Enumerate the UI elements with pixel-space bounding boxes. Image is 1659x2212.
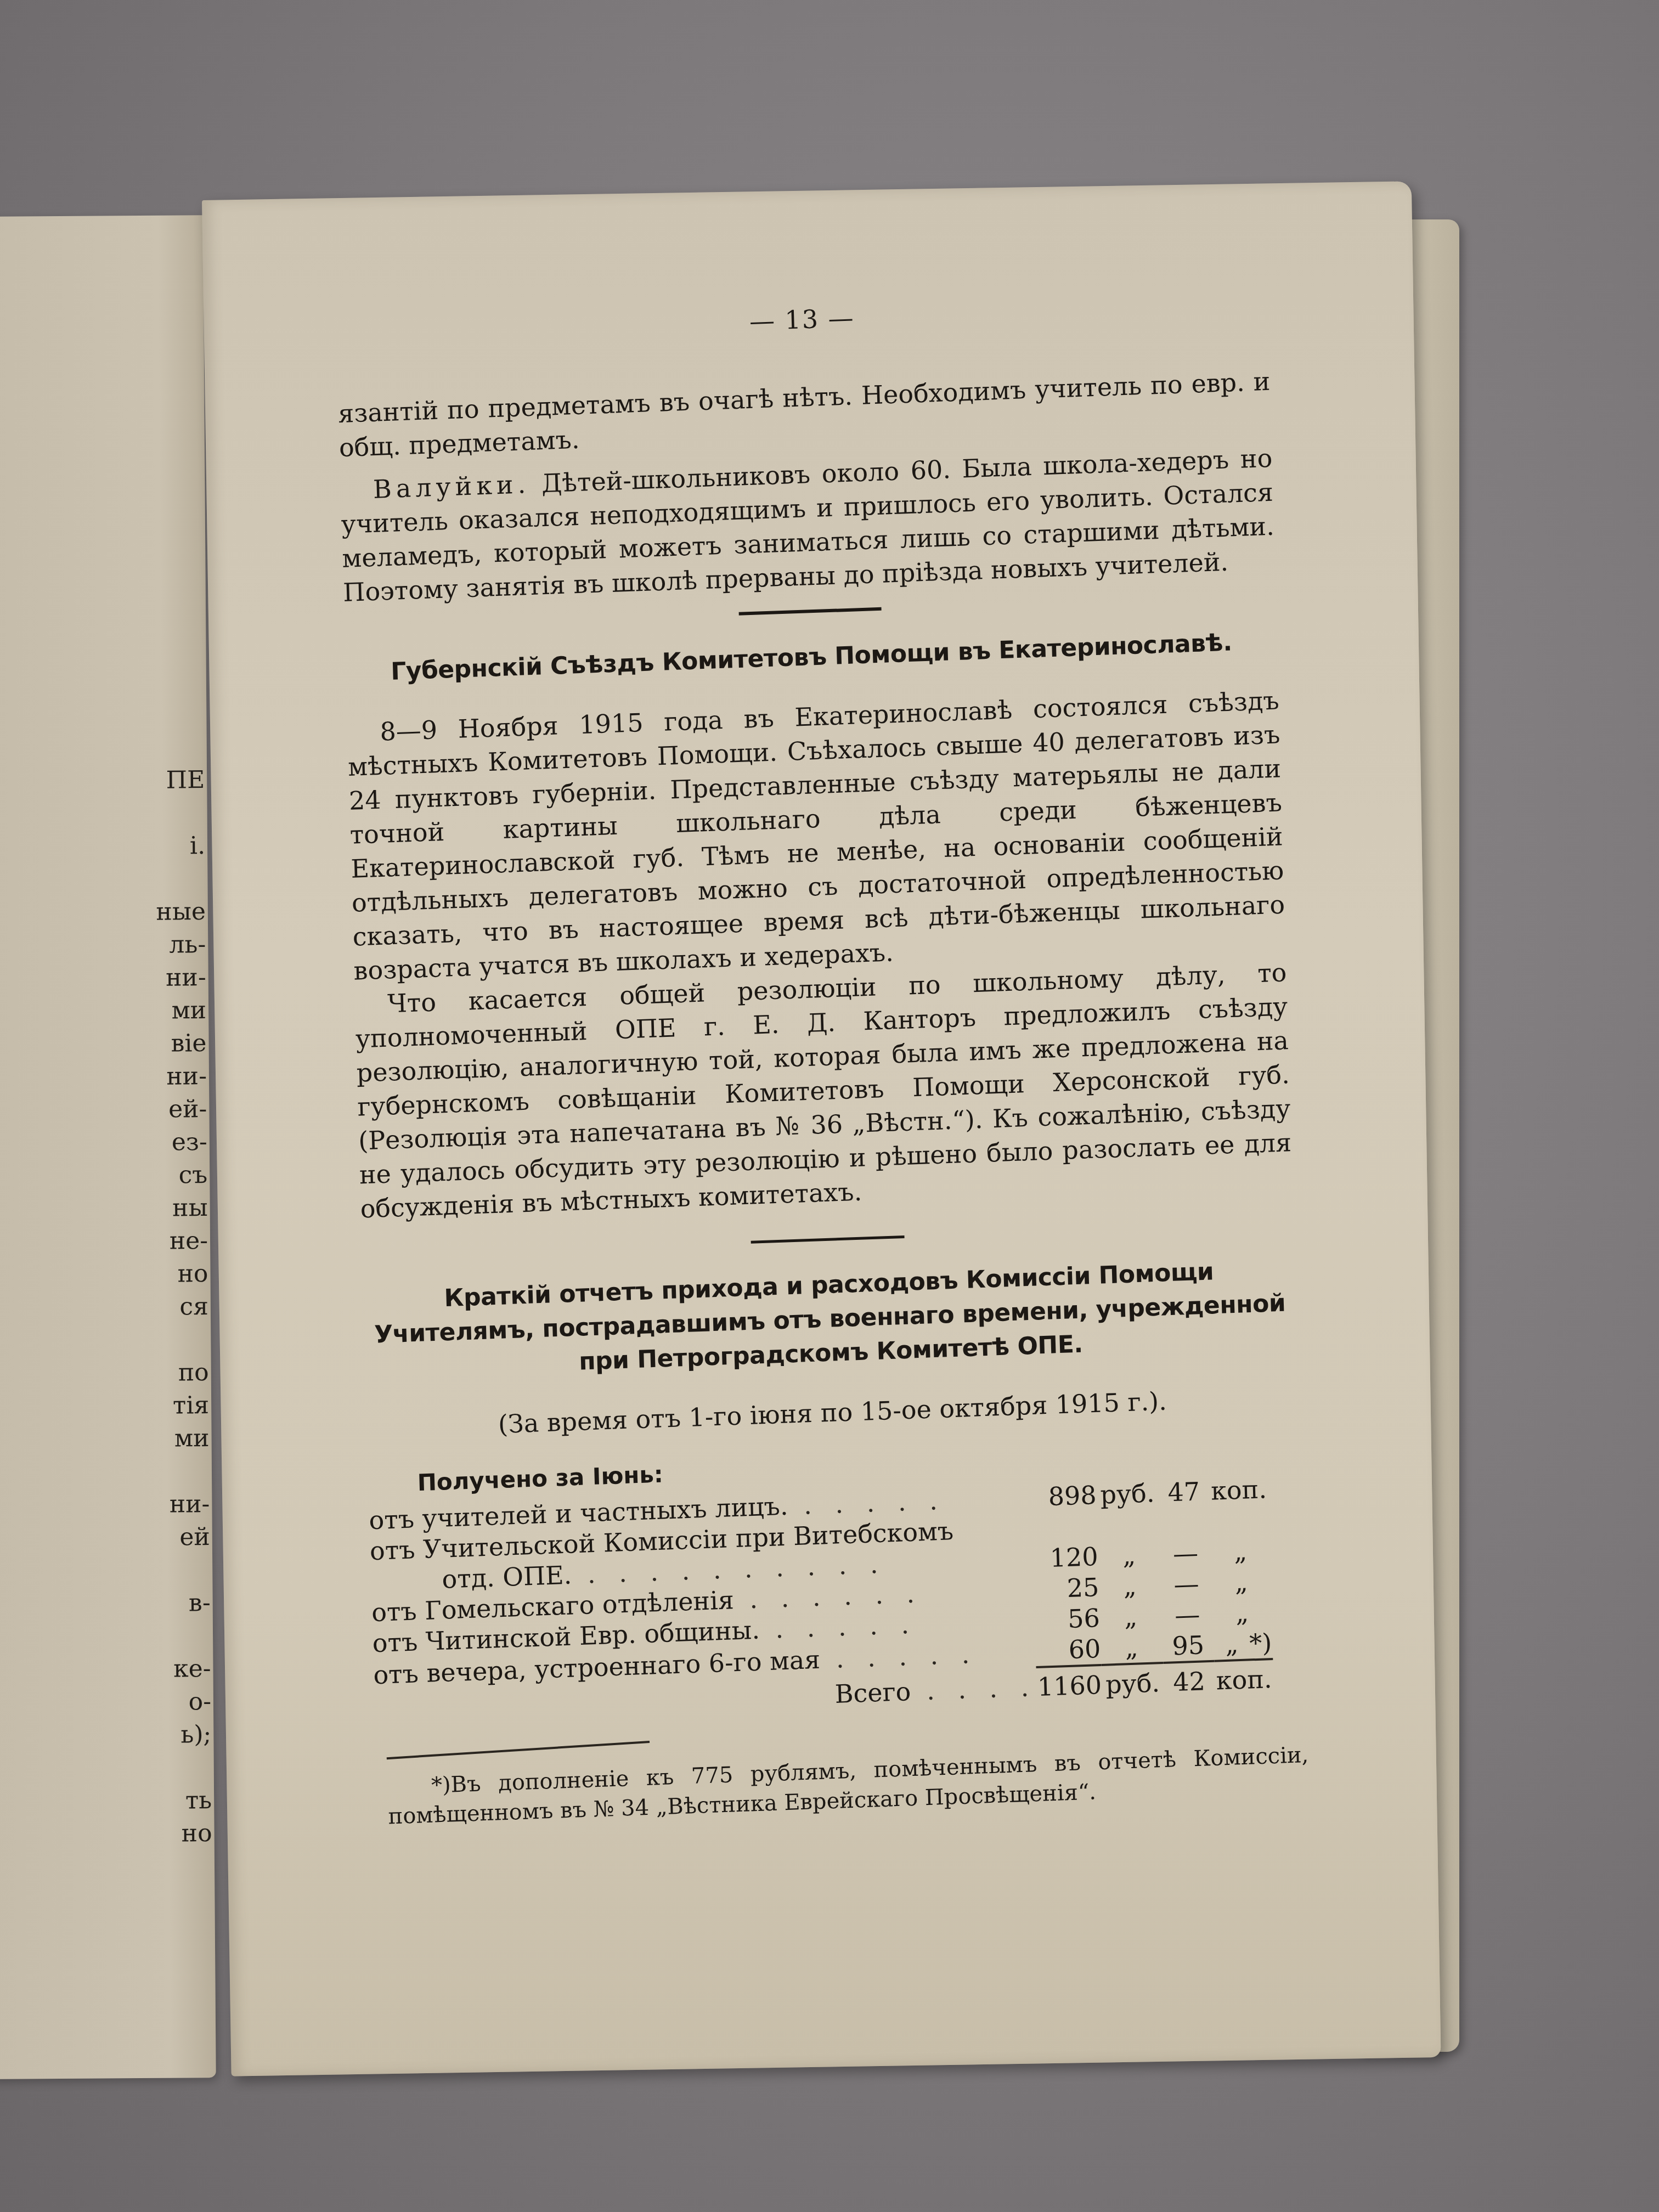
left-fragment-line: ны <box>158 1192 208 1225</box>
total-kopecks: 42 <box>1163 1666 1215 1698</box>
page-content: — 13 — язантій по предметамъ въ очагѣ нѣ… <box>335 286 1310 1832</box>
amount-rubles <box>1031 1510 1098 1543</box>
section-heading-report: Краткій отчетъ прихода и расходовъ Комис… <box>363 1252 1297 1386</box>
paragraph-congress-1: 8—9 Ноября 1915 года въ Екатеринославѣ с… <box>347 684 1286 988</box>
section-divider <box>751 1235 905 1244</box>
left-fragment-line <box>156 862 206 896</box>
report-period: (За время отъ 1-го іюня по 15-ое октября… <box>366 1379 1299 1446</box>
footnote-text: *)Въ дополненіе къ 775 рублямъ, помѣченн… <box>387 1740 1310 1832</box>
amount-kopecks <box>1159 1506 1211 1539</box>
section-divider <box>739 607 882 616</box>
unit-rubles: „ <box>1101 1631 1164 1665</box>
left-fragment-line: тія <box>160 1389 210 1423</box>
amount-kopecks: 47 <box>1158 1476 1210 1508</box>
amount-kopecks: — <box>1160 1568 1212 1600</box>
left-fragment-line <box>161 1554 211 1587</box>
amount-kopecks: 95 <box>1162 1629 1214 1663</box>
left-fragment-line <box>162 1751 212 1785</box>
kopeck-unit-text: „ <box>1225 1629 1239 1659</box>
left-fragment-line: ей- <box>157 1093 207 1126</box>
paragraph-valuiki: Валуйки. Дѣтей-школьниковъ около 60. Был… <box>340 441 1276 610</box>
amount-kopecks: — <box>1161 1599 1214 1631</box>
left-fragment-line: ей <box>160 1521 210 1554</box>
left-fragment-line: но <box>162 1817 212 1850</box>
leader-dots: . . . . . <box>820 1639 978 1674</box>
leader-dots: . . . . . <box>788 1486 946 1521</box>
left-fragment-line: ПЕ <box>155 764 205 797</box>
left-page-text-fragment: ПЕ і. ныель-ни-мивіени-ей-ез-съныне-нося… <box>155 764 212 1850</box>
unit-rubles <box>1097 1508 1159 1541</box>
left-fragment-line <box>161 1620 211 1653</box>
amount-rubles: 898 <box>1031 1480 1097 1513</box>
unit-kopecks: „ <box>1211 1566 1271 1599</box>
amount-kopecks: — <box>1160 1537 1212 1570</box>
left-fragment-line: ни- <box>157 1060 207 1093</box>
unit-kopecks: „ <box>1212 1596 1272 1629</box>
left-fragment-line: в- <box>161 1587 211 1620</box>
left-fragment-line: съ <box>158 1159 208 1192</box>
amount-rubles: 56 <box>1034 1602 1101 1635</box>
leader-dots: . . . . . <box>759 1610 917 1645</box>
page-number: — 13 — <box>335 286 1268 353</box>
unit-rubles: руб. <box>1096 1477 1159 1510</box>
kopeck-unit-text: „ <box>1233 1537 1247 1567</box>
left-fragment-line: ми <box>160 1422 210 1455</box>
footnote: *)Въ дополненіе къ 775 рублямъ, помѣченн… <box>376 1740 1310 1832</box>
place-name: Валуйки. <box>373 469 531 504</box>
left-fragment-line <box>155 797 205 830</box>
left-fragment-line: віе <box>157 1027 207 1060</box>
footnote-marker: *) <box>1249 1628 1272 1658</box>
left-fragment-line <box>159 1323 209 1357</box>
unit-kopecks: „ <box>1211 1535 1271 1568</box>
kopeck-unit-text: „ <box>1234 1567 1248 1598</box>
left-fragment-line: ь); <box>162 1718 212 1752</box>
left-fragment-line: ся <box>159 1290 208 1324</box>
unit-kopecks: коп. <box>1209 1474 1269 1506</box>
left-fragment-line: по <box>159 1356 209 1390</box>
left-fragment-line <box>160 1455 210 1488</box>
left-fragment-line: но <box>159 1257 208 1291</box>
kopeck-unit-text: коп. <box>1210 1474 1267 1506</box>
valuiki-text: Дѣтей-школьниковъ около 60. Была школа-х… <box>341 443 1274 607</box>
unit-kopecks: „*) <box>1213 1627 1273 1661</box>
unit-rubles: „ <box>1098 1570 1161 1602</box>
unit-rubles: „ <box>1098 1539 1160 1572</box>
amount-rubles: 60 <box>1035 1633 1102 1667</box>
left-fragment-line: не- <box>158 1224 208 1258</box>
entry-label: отд. ОПЕ. <box>442 1560 572 1594</box>
unit-rubles: „ <box>1099 1600 1162 1633</box>
total-rubles: 1160 <box>1036 1669 1102 1702</box>
amount-rubles: 120 <box>1032 1541 1099 1574</box>
total-label: Всего <box>834 1677 911 1709</box>
left-fragment-line: ни- <box>156 961 206 995</box>
left-fragment-line: ке- <box>161 1652 211 1686</box>
left-fragment-line: і. <box>155 830 205 863</box>
left-fragment-line: ные <box>156 895 206 929</box>
left-fragment-line: ль- <box>156 928 206 962</box>
left-fragment-line: ез- <box>157 1126 207 1159</box>
paragraph-congress-2: Что касается общей резолюціи по школьном… <box>354 955 1293 1226</box>
left-fragment-line: ни- <box>160 1488 210 1521</box>
unit-kopecks <box>1210 1504 1269 1537</box>
section-heading-congress: Губернскій Съѣздъ Комитетовъ Помощи въ Е… <box>345 624 1278 691</box>
left-fragment-line: о- <box>161 1685 211 1719</box>
kopeck-unit-text: „ <box>1235 1598 1249 1628</box>
left-fragment-line: ми <box>157 994 207 1028</box>
unit-rubles: руб. <box>1101 1667 1164 1700</box>
footnote-divider <box>387 1741 650 1759</box>
leader-dots: . . . . <box>911 1672 1037 1706</box>
amount-rubles: 25 <box>1033 1572 1099 1605</box>
document-page: — 13 — язантій по предметамъ въ очагѣ нѣ… <box>202 181 1441 2076</box>
ledger-table: отъ учителей и частныхъ лицъ. . . . . .8… <box>369 1474 1274 1725</box>
unit-kopecks: коп. <box>1214 1663 1274 1696</box>
left-page: ПЕ і. ныель-ни-мивіени-ей-ез-съныне-нося… <box>0 215 216 2079</box>
left-fragment-line: ть <box>162 1784 212 1818</box>
